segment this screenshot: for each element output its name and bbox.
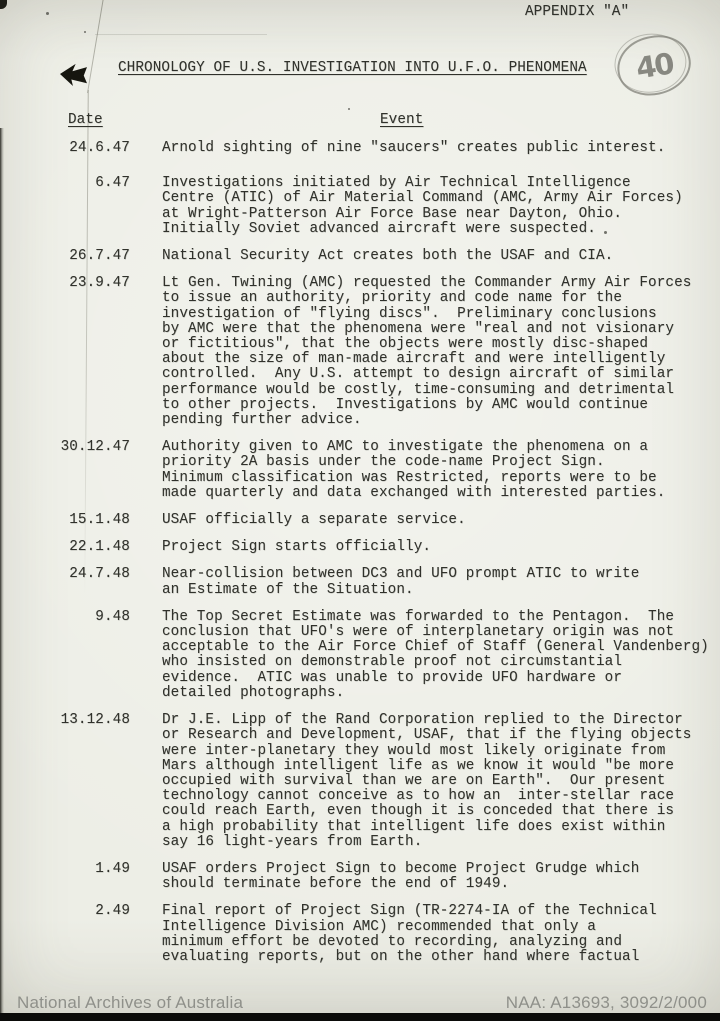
footer-archive-name: National Archives of Australia — [17, 993, 243, 1013]
scan-bottom-bar — [0, 1013, 720, 1021]
table-row: 30.12.47 Authority given to AMC to inves… — [0, 440, 720, 501]
paper-speck — [46, 12, 49, 15]
table-row: 1.49 USAF orders Project Sign to become … — [0, 862, 720, 892]
appendix-label: APPENDIX "A" — [525, 5, 629, 20]
entry-event: Dr J.E. Lipp of the Rand Corporation rep… — [162, 713, 691, 850]
page-title: CHRONOLOGY OF U.S. INVESTIGATION INTO U.… — [118, 61, 587, 76]
entry-event: National Security Act creates both the U… — [162, 249, 613, 264]
table-row: 24.7.48 Near-collision between DC3 and U… — [0, 567, 720, 597]
entry-date: 9.48 — [0, 610, 130, 625]
faint-scan-line — [95, 34, 267, 35]
column-header-date: Date — [68, 113, 103, 128]
entry-date: 2.49 — [0, 904, 130, 919]
table-row: 2.49 Final report of Project Sign (TR-22… — [0, 904, 720, 965]
entry-date: 15.1.48 — [0, 513, 130, 528]
entry-date: 24.6.47 — [0, 141, 130, 156]
table-row: 23.9.47 Lt Gen. Twining (AMC) requested … — [0, 276, 720, 428]
document-page: APPENDIX "A" 40 CHRONOLOGY OF U.S. INVES… — [0, 0, 720, 1021]
entry-event: The Top Secret Estimate was forwarded to… — [162, 610, 709, 701]
table-row: 13.12.48 Dr J.E. Lipp of the Rand Corpor… — [0, 713, 720, 850]
entry-event: Lt Gen. Twining (AMC) requested the Comm… — [162, 276, 691, 428]
table-row: 22.1.48 Project Sign starts officially. — [0, 540, 720, 555]
entry-date: 1.49 — [0, 862, 130, 877]
footer-reference: NAA: A13693, 3092/2/000 — [506, 993, 707, 1013]
entry-event: Near-collision between DC3 and UFO promp… — [162, 567, 639, 597]
chronology-table: 24.6.47 Arnold sighting of nine "saucers… — [0, 141, 720, 977]
entry-date: 6.47 — [0, 176, 130, 191]
entry-event: Arnold sighting of nine "saucers" create… — [162, 141, 665, 156]
column-header-event: Event — [380, 113, 423, 128]
entry-event: USAF officially a separate service. — [162, 513, 466, 528]
table-row: 15.1.48 USAF officially a separate servi… — [0, 513, 720, 528]
paper-speck — [348, 108, 350, 110]
table-row: 26.7.47 National Security Act creates bo… — [0, 249, 720, 264]
entry-date: 23.9.47 — [0, 276, 130, 291]
entry-event: Investigations initiated by Air Technica… — [162, 176, 683, 237]
entry-date: 26.7.47 — [0, 249, 130, 264]
table-row: 6.47 Investigations initiated by Air Tec… — [0, 176, 720, 237]
table-row: 24.6.47 Arnold sighting of nine "saucers… — [0, 141, 720, 156]
page-number: 40 — [633, 46, 674, 85]
entry-date: 13.12.48 — [0, 713, 130, 728]
paper-crease-line — [87, 0, 104, 93]
bookmark-arrow-icon — [60, 63, 87, 86]
entry-date: 30.12.47 — [0, 440, 130, 455]
table-row: 9.48 The Top Secret Estimate was forward… — [0, 610, 720, 701]
entry-event: Final report of Project Sign (TR-2274-IA… — [162, 904, 657, 965]
entry-event: Project Sign starts officially. — [162, 540, 431, 555]
entry-date: 24.7.48 — [0, 567, 130, 582]
entry-date: 22.1.48 — [0, 540, 130, 555]
pencil-circle-annotation: 40 — [612, 29, 697, 102]
entry-event: Authority given to AMC to investigate th… — [162, 440, 665, 501]
scan-corner-mark — [0, 0, 7, 9]
entry-event: USAF orders Project Sign to become Proje… — [162, 862, 639, 892]
paper-speck — [84, 31, 86, 33]
